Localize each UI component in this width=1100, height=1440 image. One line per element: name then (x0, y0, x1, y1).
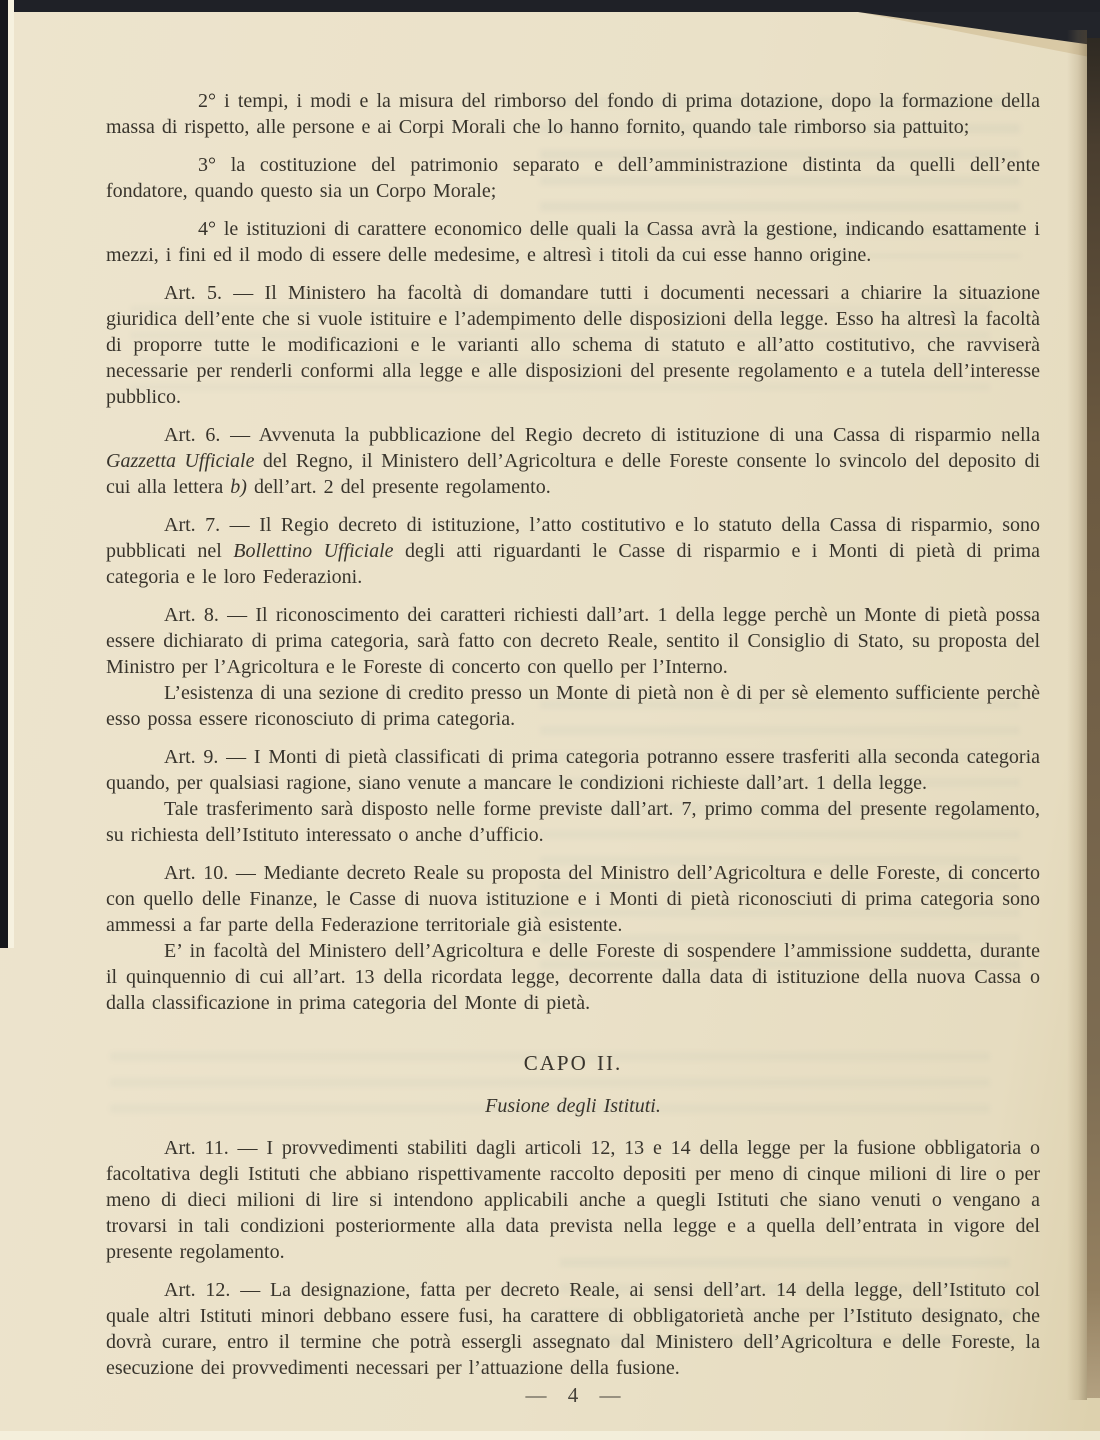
text-run: L’esistenza di una sezione di credito pr… (106, 682, 1040, 730)
chapter-heading: CAPO II. (106, 1050, 1040, 1076)
paragraph: L’esistenza di una sezione di credito pr… (106, 680, 1040, 732)
page-number: — 4 — (106, 1383, 1040, 1408)
paragraph: 3° la costituzione del patrimonio separa… (106, 152, 1040, 204)
paragraph: Art. 12. — La designazione, fatta per de… (106, 1277, 1040, 1381)
left-edge-shadow (0, 0, 8, 948)
text-run: 3° la costituzione del patrimonio separa… (106, 154, 1040, 202)
paragraph: Art. 10. — Mediante decreto Reale su pro… (106, 860, 1040, 938)
text-run: Fusione degli Istituti. (485, 1095, 661, 1117)
text-run: Art. 6. — Avvenuta la pubblicazione del … (164, 424, 1040, 446)
text-run: Art. 11. — I provvedimenti stabiliti dag… (106, 1137, 1040, 1263)
right-spine-shadow (1087, 38, 1100, 1398)
text-run: E’ in facoltà del Ministero dell’Agricol… (106, 940, 1040, 1014)
text-run: b) (230, 476, 247, 498)
top-edge-shadow (0, 0, 1100, 12)
text-run: Art. 9. — I Monti di pietà classificati … (106, 746, 1040, 794)
bottom-page-edge (0, 1431, 1100, 1440)
paragraph: 4° le istituzioni di carattere economico… (106, 216, 1040, 268)
text-run: Art. 12. — La designazione, fatta per de… (106, 1279, 1040, 1379)
paragraph: 2° i tempi, i modi e la misura del rimbo… (106, 88, 1040, 140)
right-page-edges (1067, 30, 1087, 1400)
text-run: CAPO II. (524, 1051, 623, 1075)
paragraph: Art. 7. — Il Regio decreto di istituzion… (106, 512, 1040, 590)
chapter-subtitle: Fusione degli Istituti. (106, 1093, 1040, 1119)
text-run: Gazzetta Ufficiale (106, 450, 254, 472)
text-run: Art. 8. — Il riconoscimento dei caratter… (106, 604, 1040, 678)
text-run: 2° i tempi, i modi e la misura del rimbo… (106, 90, 1040, 138)
paragraph: Art. 5. — Il Ministero ha facoltà di dom… (106, 280, 1040, 410)
text-run: Bollettino Ufficiale (233, 540, 393, 562)
paragraph: Art. 11. — I provvedimenti stabiliti dag… (106, 1135, 1040, 1265)
paragraph: E’ in facoltà del Ministero dell’Agricol… (106, 938, 1040, 1016)
left-page-edge-highlight (8, 0, 14, 948)
text-run: Tale trasferimento sarà disposto nelle f… (106, 798, 1040, 846)
paragraph: Art. 9. — I Monti di pietà classificati … (106, 744, 1040, 796)
text-run: Art. 5. — Il Ministero ha facoltà di dom… (106, 282, 1040, 408)
scanned-book-page: 2° i tempi, i modi e la misura del rimbo… (0, 0, 1100, 1440)
text-column: 2° i tempi, i modi e la misura del rimbo… (106, 88, 1040, 1381)
paragraph: Art. 6. — Avvenuta la pubblicazione del … (106, 422, 1040, 500)
text-run: Art. 10. — Mediante decreto Reale su pro… (106, 862, 1040, 936)
paragraph: Art. 8. — Il riconoscimento dei caratter… (106, 602, 1040, 680)
text-run: dell’art. 2 del presente regolamento. (247, 476, 551, 498)
text-run: 4° le istituzioni di carattere economico… (106, 218, 1040, 266)
paragraph: Tale trasferimento sarà disposto nelle f… (106, 796, 1040, 848)
